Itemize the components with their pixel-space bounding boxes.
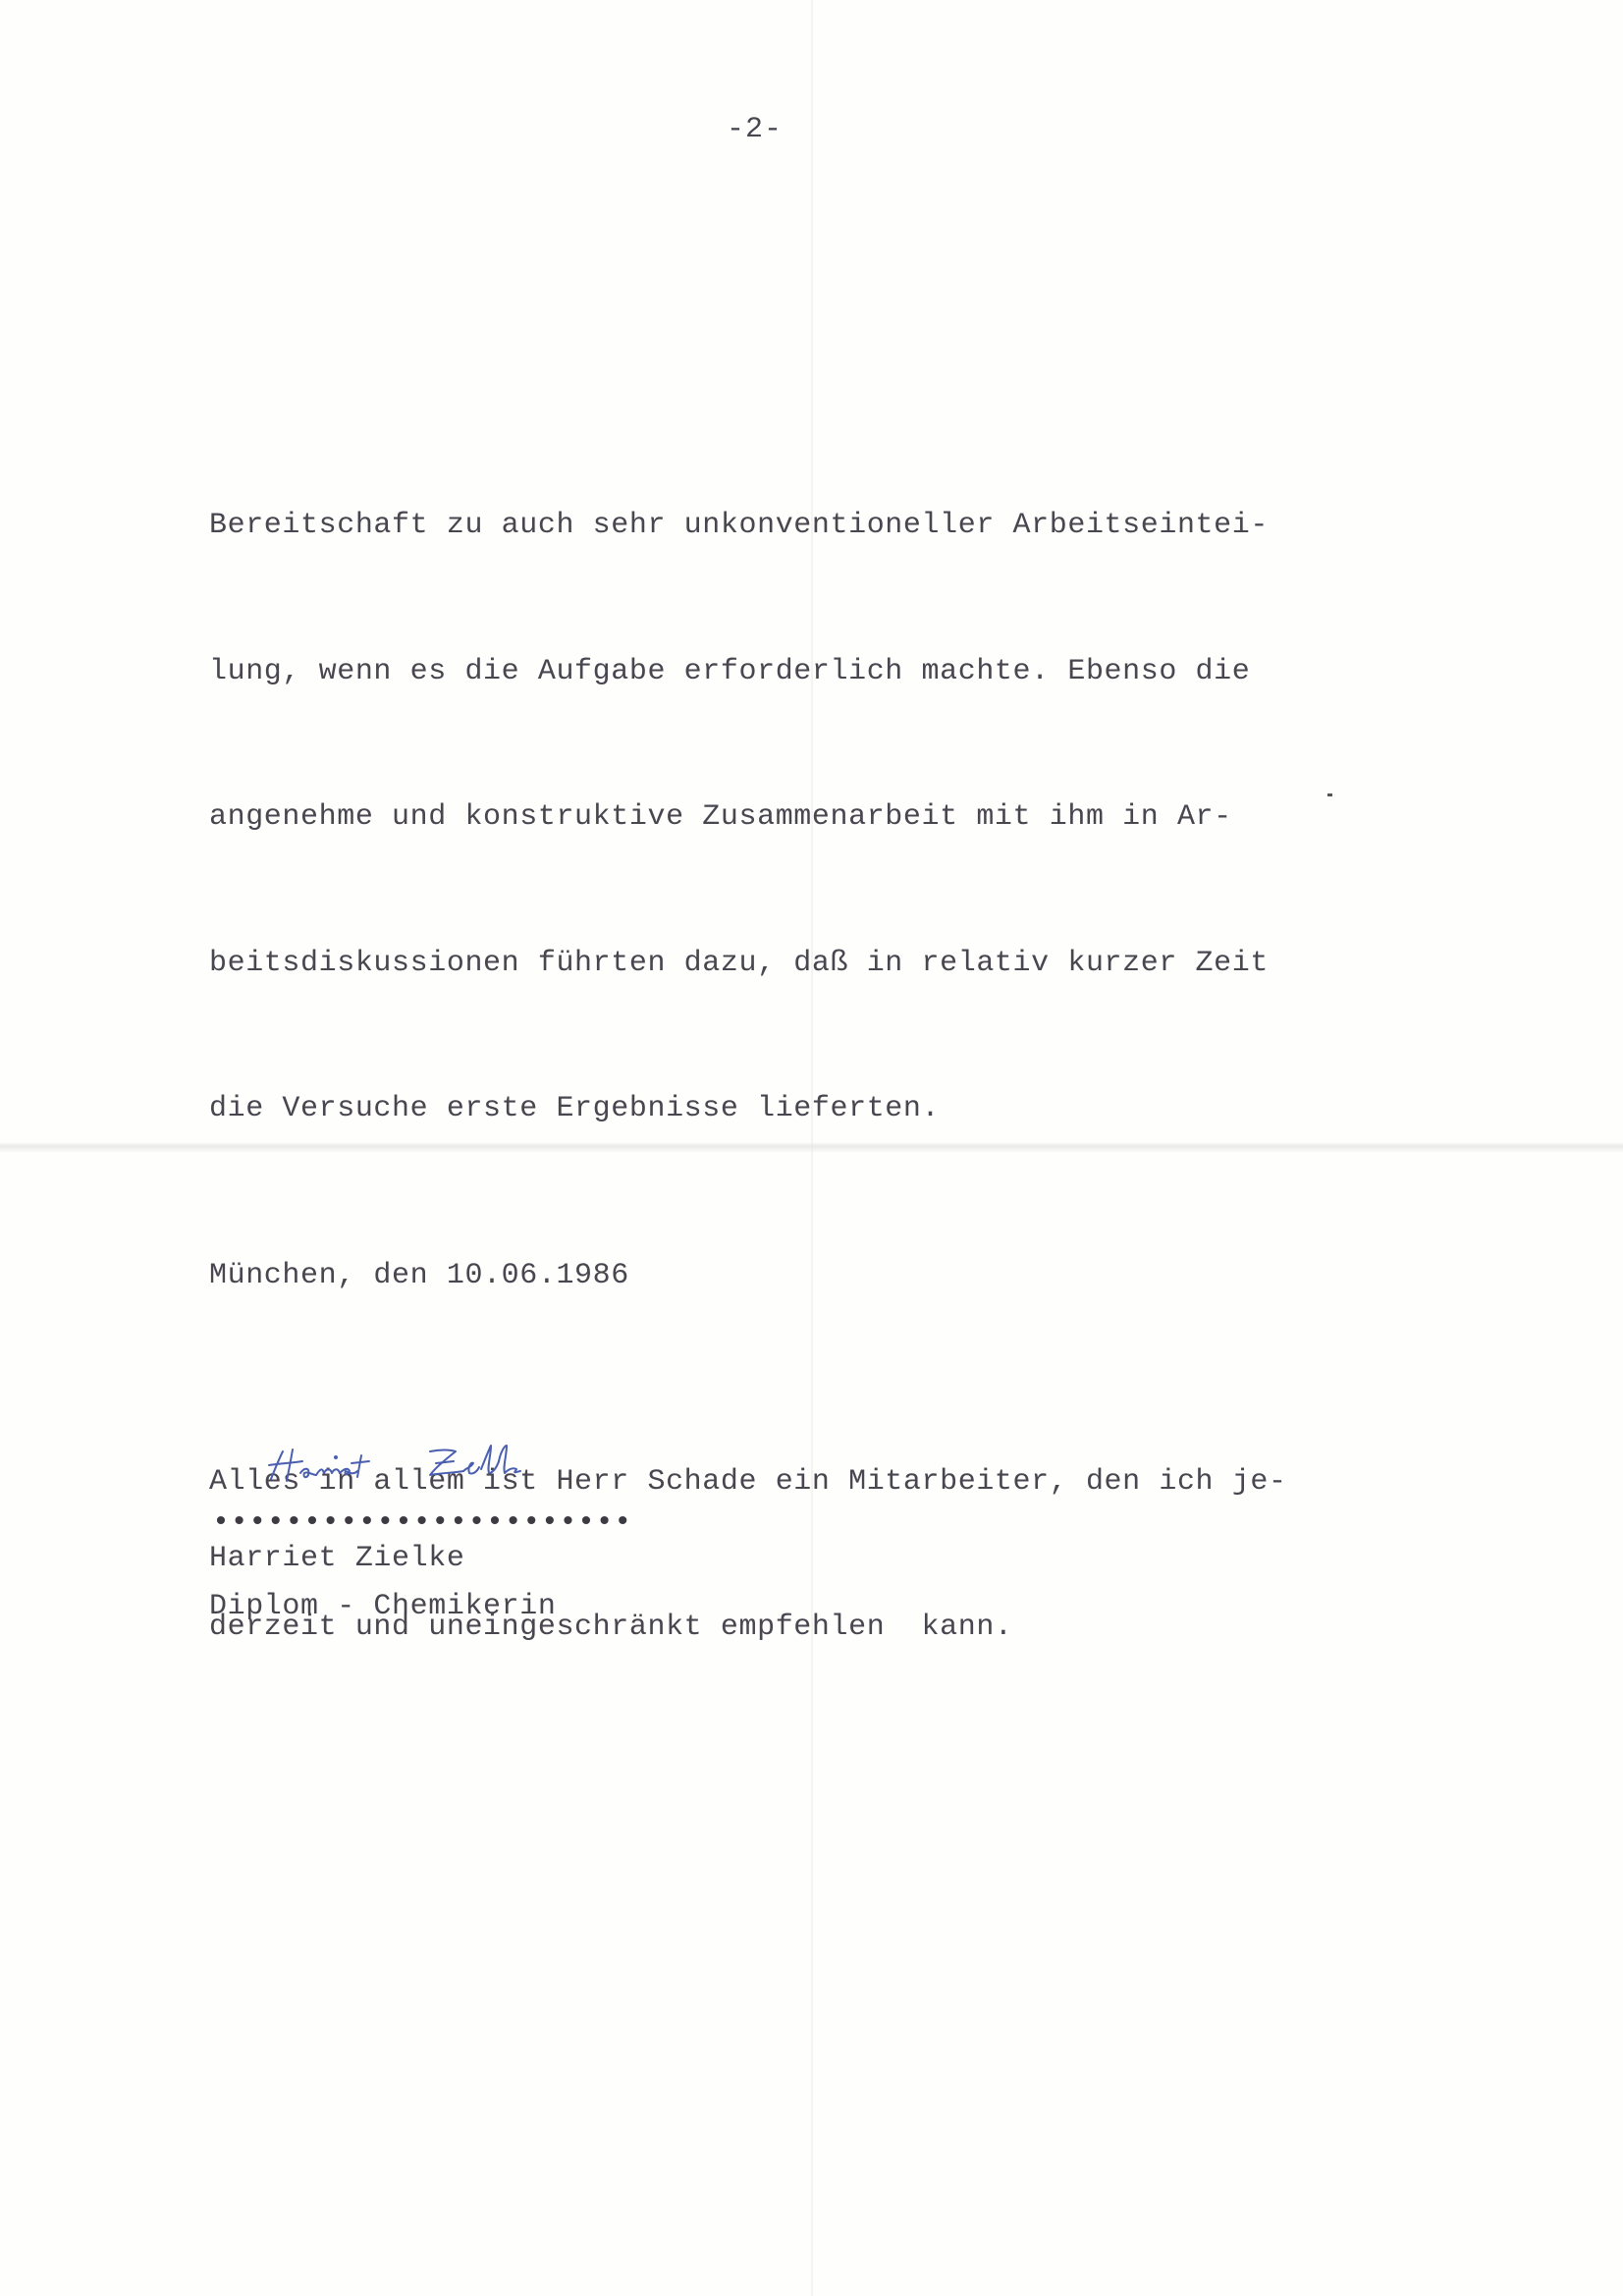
signer-title: Diplom - Chemikerin	[209, 1590, 556, 1623]
text-line: beitsdiskussionen führten dazu, daß in r…	[209, 940, 1436, 989]
text-line: angenehme und konstruktive Zusammenarbei…	[209, 793, 1436, 843]
ink-speck	[1327, 793, 1332, 796]
signature-dotted-line: •••••••••••••••••••••••	[212, 1506, 632, 1540]
text-line: Bereitschaft zu auch sehr unkonventionel…	[209, 502, 1436, 551]
paragraph-1: Bereitschaft zu auch sehr unkonventionel…	[209, 405, 1436, 1231]
letter-page: -2- Bereitschaft zu auch sehr unkonventi…	[0, 0, 1623, 2296]
handwritten-signature	[263, 1442, 597, 1491]
letter-body: Bereitschaft zu auch sehr unkonventionel…	[209, 307, 1436, 1880]
place-date: München, den 10.06.1986	[209, 1259, 629, 1292]
signer-name: Harriet Zielke	[209, 1542, 464, 1575]
text-line: lung, wenn es die Aufgabe erforderlich m…	[209, 648, 1436, 697]
text-line: die Versuche erste Ergebnisse lieferten.	[209, 1085, 1436, 1134]
page-number: -2-	[727, 113, 783, 146]
